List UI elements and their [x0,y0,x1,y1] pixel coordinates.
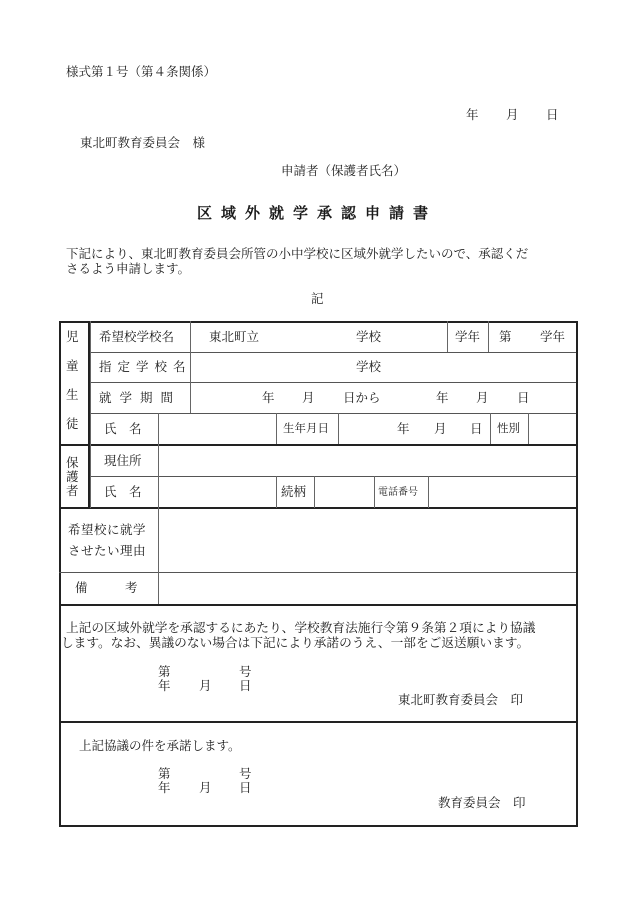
consent-number-suffix: 号 [239,768,252,781]
desired-school-suffix: 学校 [356,331,381,344]
divider [528,413,529,444]
guardian-name-label: 氏 名 [104,486,142,499]
divider [89,413,576,414]
consent-text: 上記協議の件を承諾します。 [79,740,241,753]
designated-school-field[interactable] [192,354,352,381]
consent-date-year: 年 [158,782,171,795]
divider [338,413,339,444]
birth-date-field[interactable] [340,415,489,443]
consultation-signer: 東北町教育委員会 印 [398,694,523,707]
divider [89,476,576,477]
desired-school-prefix: 東北町立 [209,331,259,344]
guardian-address-label: 現住所 [104,455,142,468]
designated-school-label: 指定学校名 [99,361,192,374]
divider [158,413,159,444]
divider [428,476,429,508]
divider [59,604,576,606]
guardian-name-field[interactable] [160,478,275,506]
gender-label: 性別 [497,423,520,435]
reason-label-line-1: 希望校に就学 [68,524,146,537]
side-char: 童 [66,360,79,373]
divider [490,413,491,444]
consultation-number-suffix: 号 [239,666,252,679]
consent-date-day: 日 [239,782,252,795]
divider [90,321,91,508]
consent-number-prefix: 第 [158,768,171,781]
student-name-label: 氏 名 [104,423,142,436]
phone-field[interactable] [430,478,574,506]
divider [59,507,576,509]
consent-date-month: 月 [199,782,212,795]
consultation-number-prefix: 第 [158,666,171,679]
divider [59,572,576,573]
divider [89,352,576,353]
relation-field[interactable] [316,478,373,506]
consultation-date-month: 月 [199,680,212,693]
header-date-year: 年 [466,109,479,122]
birth-date-label: 生年月日 [283,423,329,435]
divider [276,413,277,444]
form-number: 様式第１号（第４条関係） [66,66,216,79]
guardian-address-field[interactable] [160,446,574,475]
intro-line-2: さるよう申請します。 [66,263,190,276]
desired-school-label: 希望校学校名 [99,331,174,344]
grade-field[interactable] [514,323,538,351]
header-date-month: 月 [506,109,519,122]
divider [59,721,576,723]
reason-label-line-2: させたい理由 [68,545,146,558]
side-char: 護 [66,471,79,484]
relation-label: 続柄 [281,486,306,499]
addressee: 東北町教育委員会 様 [80,137,205,150]
divider [314,476,315,508]
designated-school-suffix: 学校 [356,361,381,374]
header-date-day: 日 [546,109,559,122]
divider [158,508,159,604]
consultation-date-day: 日 [239,680,252,693]
remarks-label: 備 考 [75,582,138,595]
side-char: 児 [66,331,79,344]
desired-school-name-field[interactable] [262,323,352,351]
grade-label: 学年 [455,331,480,344]
divider [158,444,159,508]
document-title: 区域外就学承認申請書 [197,206,437,221]
consultation-line-1: 上記の区域外就学を承認するにあたり、学校教育法施行令第９条第２項により協議 [66,622,535,635]
divider [488,321,489,352]
reason-field[interactable] [160,510,574,571]
applicant-label: 申請者（保護者氏名） [281,165,406,178]
attendance-period-label: 就学期間 [99,392,181,405]
student-name-field[interactable] [160,415,275,443]
grade-suffix: 学年 [540,331,565,344]
divider [447,321,448,352]
phone-label: 電話番号 [378,488,418,498]
side-char: 生 [66,389,79,402]
grade-prefix: 第 [499,331,512,344]
gender-field[interactable] [530,415,574,443]
consultation-line-2: します。なお、異議のない場合は下記により承諾のうえ、一部をご返送願います。 [61,637,529,650]
intro-line-1: 下記により、東北町教育委員会所管の小中学校に区域外就学したいので、承認くだ [66,248,528,261]
divider [276,476,277,508]
side-char: 徒 [66,418,79,431]
consent-signer: 教育委員会 印 [438,797,526,810]
ki-label: 記 [311,293,324,306]
attendance-period-field[interactable] [192,384,576,412]
remarks-field[interactable] [160,574,574,603]
divider [374,476,375,508]
side-char: 保 [66,457,79,470]
divider [89,382,576,383]
side-char: 者 [66,485,79,498]
consultation-date-year: 年 [158,680,171,693]
